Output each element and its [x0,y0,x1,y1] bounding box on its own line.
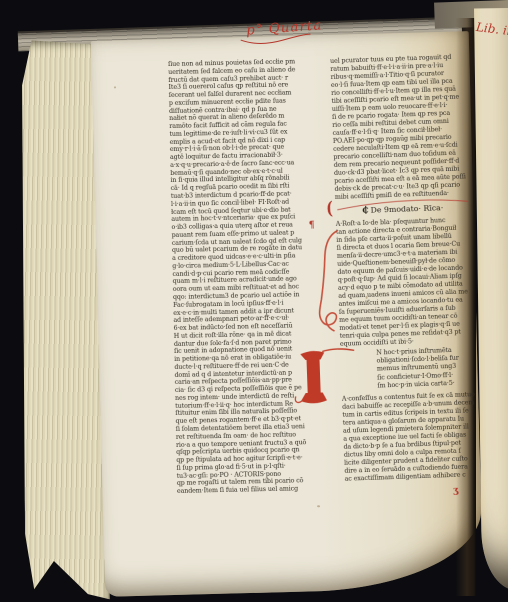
right-col-block1: uel pcurator tuus eu pte tua rogauit qdr… [330,53,470,202]
paper-speck [317,505,320,507]
folio-quire-mark: p° Quarta [246,17,323,38]
initial-section: N hoc·t·prius inſtrumētaobligationi·ſcdo… [340,346,476,392]
pilcrow-icon: C [362,206,369,215]
left-text-column: ſiue non ad minus pouietas ſed eccłie pm… [168,58,326,496]
initial-wrapped-lines: N hoc·t·prius inſtrumētaobligationi·ſcdo… [376,346,476,390]
rubric-paren-mark: ( [326,203,333,216]
paper-speck [114,86,116,88]
photo-of-incunabulum-book: p° Quarta Lib. ii ſiue non ad minus poui… [0,0,508,602]
right-col-block2-wrap: ¶ A·Roſt·a Io·de bla· pſequuntur hunctan… [336,216,475,349]
right-col-block2: A·Roſt·a Io·de bla· pſequuntur hunctan a… [336,216,475,349]
initial-letter-I [292,346,358,408]
penwork-flourish [309,229,347,334]
right-col-block3: A·confeſſus a contentus fuit ſe ex cā mu… [342,391,480,484]
rubricator-end-mark: ʒ [453,486,458,496]
chapter-heading-text: De 9modato· Rīca· [370,203,443,215]
right-text-column: uel pcurator tuus eu pte tua rogauit qdr… [330,53,480,483]
